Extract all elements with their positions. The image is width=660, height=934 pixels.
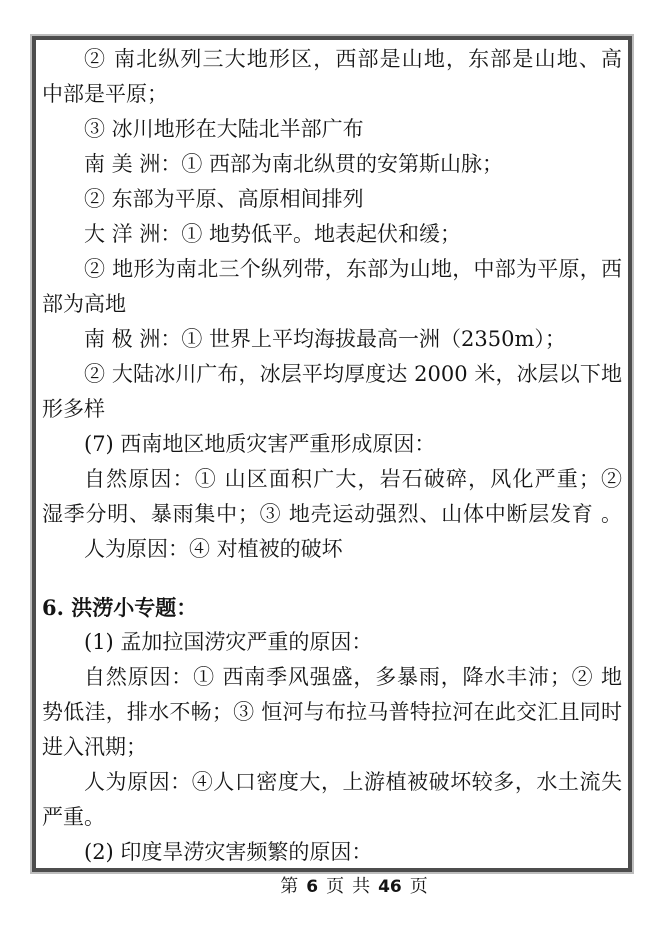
footer-label-prefix: 第 (280, 876, 298, 897)
text-line: 人为原因：④人口密度大，上游植被破坏较多，水土流失 (42, 765, 622, 800)
text-line: 大 洋 洲：① 地势低平。地表起伏和缓； (42, 217, 622, 252)
text-line: 严重。 (42, 800, 622, 835)
document-frame: ② 南北纵列三大地形区，西部是山地，东部是山地、高原， 中部是平原； ③ 冰川地… (32, 36, 632, 872)
footer-label-page: 页 (326, 876, 344, 897)
section-heading: 6. 洪涝小专题： (42, 590, 622, 625)
footer-label-of: 共 (352, 876, 370, 897)
page-number: 6 (306, 877, 318, 897)
text-line: (1) 孟加拉国涝灾严重的原因： (42, 625, 622, 660)
text-line: ③ 冰川地形在大陆北半部广布 (42, 112, 622, 147)
text-line: (2) 印度旱涝灾害频繁的原因： (42, 835, 622, 870)
text-line: ② 南北纵列三大地形区，西部是山地，东部是山地、高原， (42, 42, 622, 77)
text-line: 南 美 洲：① 西部为南北纵贯的安第斯山脉； (42, 147, 622, 182)
document-page: ② 南北纵列三大地形区，西部是山地，东部是山地、高原， 中部是平原； ③ 冰川地… (0, 0, 660, 934)
text-line: 南 极 洲：① 世界上平均海拔最高一洲（2350m）； (42, 322, 622, 357)
text-line: 人为原因：④ 对植被的破坏 (42, 532, 622, 567)
text-line: 中部是平原； (42, 77, 622, 112)
text-line: 自然原因：① 山区面积广大，岩石破碎，风化严重；② 干 (42, 462, 622, 497)
text-line: ② 东部为平原、高原相间排列 (42, 182, 622, 217)
text-line: ② 大陆冰川广布，冰层平均厚度达 2000 米，冰层以下地 (42, 357, 622, 392)
text-line: 部为高地 (42, 287, 622, 322)
text-line: ② 地形为南北三个纵列带，东部为山地，中部为平原，西 (42, 252, 622, 287)
text-line: 自然原因：① 西南季风强盛，多暴雨，降水丰沛；② 地 (42, 660, 622, 695)
text-line: 势低洼，排水不畅；③ 恒河与布拉马普特拉河在此交汇且同时 (42, 695, 622, 730)
total-pages: 46 (378, 877, 402, 897)
page-footer: 第6页共46页 (0, 872, 660, 898)
text-line: 形多样 (42, 392, 622, 427)
text-line: 进入汛期； (42, 730, 622, 765)
footer-label-page-end: 页 (410, 876, 428, 897)
text-line: 湿季分明、暴雨集中；③ 地壳运动强烈、山体中断层发育 。 (42, 497, 622, 532)
blank-line (42, 567, 622, 590)
text-line: (7) 西南地区地质灾害严重形成原因： (42, 427, 622, 462)
